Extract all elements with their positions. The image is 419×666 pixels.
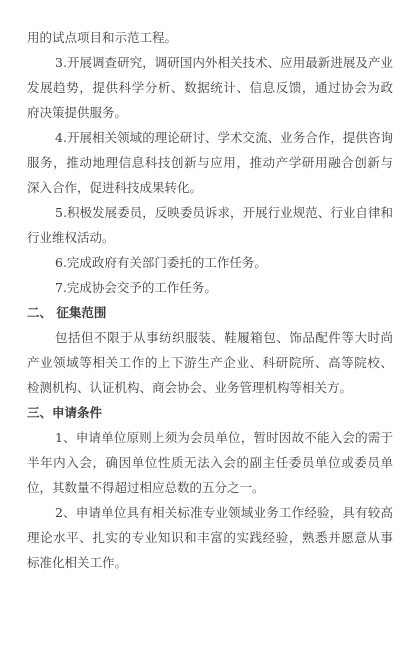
- heading-line: 二、 征集范围: [27, 300, 393, 325]
- document-page: 用的试点项目和示范工程。3.开展调查研究，调研国内外相关技术、应用最新进展及产业…: [0, 0, 419, 666]
- text-line: 2、申请单位具有相关标准专业领域业务工作经验，具有较高: [27, 500, 393, 525]
- paragraph: 2、申请单位具有相关标准专业领域业务工作经验，具有较高理论水平、扎实的专业知识和…: [27, 500, 393, 575]
- text-line: 服务，推动地理信息科技创新与应用，推动产学研用融合创新与: [27, 150, 393, 175]
- text-line: 检测机构、认证机构、商会协会、业务管理机构等相关方。: [27, 375, 393, 400]
- paragraph: 6.完成政府有关部门委托的工作任务。: [27, 250, 393, 275]
- paragraph: 3.开展调查研究，调研国内外相关技术、应用最新进展及产业发展趋势，提供科学分析、…: [27, 50, 393, 125]
- text-line: 7.完成协会交予的工作任务。: [27, 275, 393, 300]
- text-line: 用的试点项目和示范工程。: [27, 25, 393, 50]
- text-line: 4.开展相关领域的理论研讨、学术交流、业务合作，提供咨询: [27, 125, 393, 150]
- text-line: 3.开展调查研究，调研国内外相关技术、应用最新进展及产业: [27, 50, 393, 75]
- paragraph: 5.积极发展委员，反映委员诉求，开展行业规范、行业自律和行业维权活动。: [27, 200, 393, 250]
- section-heading: 三、申请条件: [27, 400, 393, 425]
- text-line: 标准化相关工作。: [27, 550, 393, 575]
- paragraph: 4.开展相关领域的理论研讨、学术交流、业务合作，提供咨询服务，推动地理信息科技创…: [27, 125, 393, 200]
- text-line: 1、申请单位原则上须为会员单位，暂时因故不能入会的需于: [27, 425, 393, 450]
- text-line: 理论水平、扎实的专业知识和丰富的实践经验，熟悉并愿意从事: [27, 525, 393, 550]
- text-line: 产业领域等相关工作的上下游生产企业、科研院所、高等院校、: [27, 350, 393, 375]
- heading-line: 三、申请条件: [27, 400, 393, 425]
- text-line: 深入合作，促进科技成果转化。: [27, 175, 393, 200]
- text-line: 6.完成政府有关部门委托的工作任务。: [27, 250, 393, 275]
- paragraph: 1、申请单位原则上须为会员单位，暂时因故不能入会的需于半年内入会，确因单位性质无…: [27, 425, 393, 500]
- text-line: 行业维权活动。: [27, 225, 393, 250]
- paragraph: 用的试点项目和示范工程。: [27, 25, 393, 50]
- section-heading: 二、 征集范围: [27, 300, 393, 325]
- text-line: 位，其数量不得超过相应总数的五分之一。: [27, 475, 393, 500]
- paragraph: 7.完成协会交予的工作任务。: [27, 275, 393, 300]
- text-line: 府决策提供服务。: [27, 100, 393, 125]
- paragraph: 包括但不限于从事纺织服装、鞋履箱包、饰品配件等大时尚产业领域等相关工作的上下游生…: [27, 325, 393, 400]
- text-line: 5.积极发展委员，反映委员诉求，开展行业规范、行业自律和: [27, 200, 393, 225]
- text-line: 发展趋势，提供科学分析、数据统计、信息反馈，通过协会为政: [27, 75, 393, 100]
- text-line: 半年内入会，确因单位性质无法入会的副主任委员单位或委员单: [27, 450, 393, 475]
- text-line: 包括但不限于从事纺织服装、鞋履箱包、饰品配件等大时尚: [27, 325, 393, 350]
